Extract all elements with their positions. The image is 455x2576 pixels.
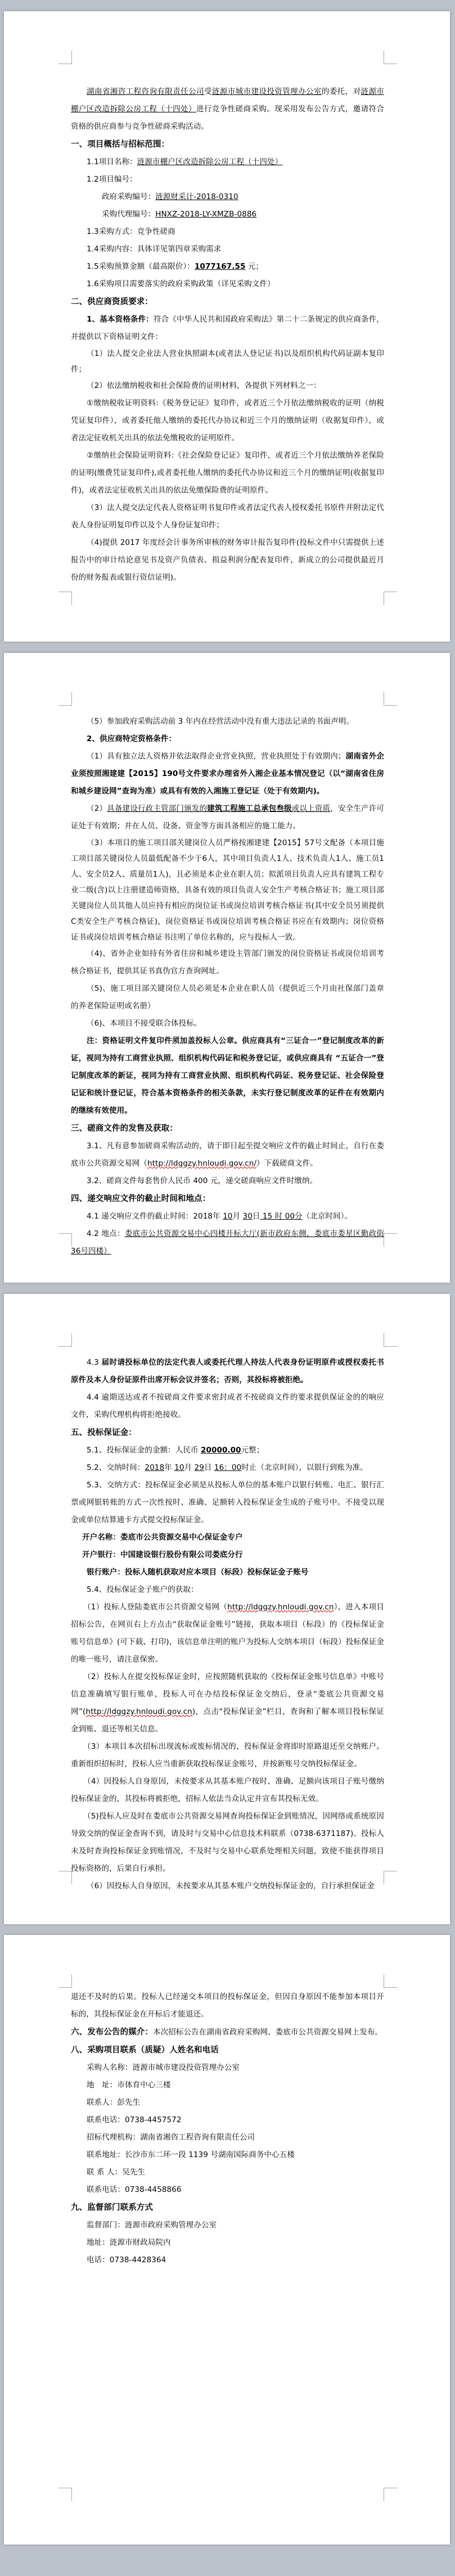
section-1-title: 一、项目概括与招标范围： [71,136,384,154]
deposit-amount-unit: 元整； [241,1446,264,1455]
section-6-text: 本次招标公告在湖南省政府采购网、娄底市公共资源交易网上发布。 [153,2028,382,2037]
deposit-month: 10 [174,1463,184,1472]
item-3-1-tail: ）下载磋商文件。 [256,1159,318,1168]
margin-mark-top-left [58,1974,72,1988]
item-5-1: 5.1、投标保证金的金额：人民币 20000.00元整； [71,1442,384,1459]
margin-mark-top-left [58,1333,72,1347]
item-4-3-text: 届时请投标单位的法定代表人或委托代理人持法人代表身份证明原件或授权委托书原件及本… [71,1358,384,1384]
section-4-title: 四、递交响应文件的截止时间和地点： [71,1190,384,1208]
item-3-1: 3.1、凡有意参加磋商采购活动的，请于即日起至提交响应文件的截止时间止，自行在娄… [71,1138,384,1172]
page-3-content: 4.3 届时请投标单位的法定代表人或委托代理人持法人代表身份证明原件或授权委托书… [71,1354,384,1895]
gov-no-label: 政府采购编号： [102,192,155,201]
supervision-line: 监督部门：涟源市政府采购管理办公室 [71,2217,384,2234]
contact-line: 联系电话：0738-4458866 [71,2181,384,2199]
basic-item-3: （3）法人提交法定代表人资格证明书复印件或者法定代表人授权委托书原件并附法定代表… [71,499,384,534]
margin-mark-top-right [384,51,397,64]
trading-site-link[interactable]: http://ldggzy.hnloudi.gov.cn/ [147,1159,256,1168]
special-item-1: （1）具有独立法人资格并依法取得企业营业执照，营业执照处于有效期内；湖南省外企业… [71,748,384,800]
deadline-timezone: （北京时间）。 [303,1212,352,1221]
contact-line: 招标代理机构：湖南省湘咨工程咨询有限责任公司 [71,2129,384,2146]
item-1-2: 1.2项目编号： [71,171,384,188]
special-item-2-underlined-2: 或以上资质 [292,804,330,813]
deadline-month-unit: 月 [233,1212,243,1221]
document-page-3: 4.3 届时请投标单位的法定代表人或委托代理人持法人代表身份证明原件或授权委托书… [4,1294,450,1924]
basic-item-5: （5）参加政府采购活动前 3 年内在经营活动中没有重大违法记录的书面声明。 [71,713,384,730]
basic-item-2b: ②缴纳社会保险证明资料:《社会保险登记证》复印件，或者近三个月依法缴纳养老保险的… [71,447,384,499]
item-5-4-3: （3）本项目本次招标出现流标或废标情况的，投标保证金将即时原路退还至交纳账户。重… [71,1738,384,1773]
section-6: 六、发布公告的媒介：本次招标公告在湖南省政府采购网、娄底市公共资源交易网上发布。 [71,2023,384,2041]
basic-item-4: （4)提供 2017 年度经会计事务所审核的财务审计报告复印件(投标文件中只需提… [71,534,384,587]
intro-text-1: 受 [204,87,212,96]
contact-line: 采购人名称：涟源市城市建设投资管理办公室 [71,2059,384,2077]
intro-paragraph: 湖南省湘咨工程咨询有限责任公司受涟源市城市建设投资管理办公室的委托，对涟源市棚户… [71,83,384,136]
deadline-time: 15 时 00分 [260,1212,303,1221]
margin-mark-bottom-right [384,2488,397,2501]
item-5-4: 5.4、投标保证金子账户的获取： [71,1581,384,1599]
section-5-title: 五、投标保证金： [71,1424,384,1442]
deposit-amount-label: 5.1、投标保证金的金额：人民币 [87,1446,201,1455]
account-number: 银行账户：投标人随机获取对应本项目（标段）投标保证金子账号 [71,1564,384,1581]
margin-mark-bottom-right [384,1233,397,1247]
basic-item-2: （2）依法缴纳税收和社会保险费的证明材料，各提供下列材料之一： [71,377,384,395]
special-item-2-underlined-1: 具备建设行政主管部门颁发的 [107,804,207,813]
gov-no-value: 涟源财采计-2018-0310 [155,192,238,201]
margin-mark-top-right [384,1333,397,1347]
contact-line: 联系人：彭先生 [71,2094,384,2112]
document-page-4: 退还不及时的后果。投标人已经递交本项目的投标保证金，但因自身原因不能参加本项目开… [4,1935,450,2545]
special-item-6: （6)、本项目不接受联合体投标。 [71,1015,384,1032]
item-5-4-1-tail: ），进入本项目招标公告，在网页右上方点击“获取保证金账号”链接，获取本项目（标段… [71,1603,384,1664]
budget-label: 1.5采购预算金额（最高限价）： [87,262,195,271]
item-1-3: 1.3采购方式：竞争性磋商 [71,223,384,241]
supervision-line: 地址：涟源市财政局院内 [71,2234,384,2252]
margin-mark-bottom-left [58,1233,72,1247]
budget-unit: 元； [248,262,263,271]
special-item-2-qualification-level: 建筑工程施工总承包叁级 [207,804,292,813]
deposit-day-unit: 日 [204,1463,214,1472]
margin-mark-top-right [384,1974,397,1988]
agency-name: 湖南省湘咨工程咨询有限责任公司 [87,87,204,96]
item-5-4-6-end: 退还不及时的后果。投标人已经递交本项目的投标保证金，但因自身原因不能参加本项目开… [71,1988,384,2023]
section-6-title: 六、发布公告的媒介： [71,2028,153,2037]
margin-mark-top-right [384,692,397,706]
item-5-4-1: （1）投标人登陆娄底市公共资源交易网（http://ldggzy.hnloudi… [71,1599,384,1668]
margin-mark-top-left [58,692,72,706]
deposit-day: 29 [195,1463,204,1472]
trading-site-link-2[interactable]: http://ldggzy.hnloudi.gov.cn [227,1603,334,1612]
special-item-4: （4)、省外企业如持有外省住房和城乡建设主管部门颁发的岗位资格证书或岗位培训考核… [71,945,384,980]
deposit-amount-value: 20000.00 [201,1446,241,1455]
margin-mark-bottom-right [384,592,397,605]
section-3-title: 三、磋商文件的发售及获取： [71,1120,384,1138]
document-page-2: （5）参加政府采购活动前 3 年内在经营活动中没有重大违法记录的书面声明。 2、… [4,653,450,1283]
account-bank: 开户银行：中国建设银行股份有限公司娄底分行 [71,1546,384,1564]
margin-mark-bottom-left [58,1871,72,1884]
contact-line: 联系电话：0738-4457572 [71,2112,384,2129]
deadline-day: 30 [243,1212,253,1221]
item-1-6: 1.6采购项目需要落实的政府采购政策（详见采购文件） [71,276,384,293]
page-1-content: 湖南省湘咨工程咨询有限责任公司受涟源市城市建设投资管理办公室的委托，对涟源市棚户… [71,83,384,587]
budget-value: 1077167.55 [195,262,246,271]
item-4-2: 4.2 地点：娄底市公共资源交易中心四楼开标大厅(新市政府东侧，娄底市娄星区勤政… [71,1225,384,1260]
item-4-3: 4.3 届时请投标单位的法定代表人或委托代理人持法人代表身份证明原件或授权委托书… [71,1354,384,1389]
margin-mark-bottom-left [58,2488,72,2501]
special-qualification-label: 2、供应商特定资格条件： [71,730,384,748]
agent-no-label: 采购代理编号： [102,210,155,219]
section-9-title: 九、监督部门联系方式 [71,2199,384,2217]
item-5-4-1-text: （1）投标人登陆娄底市公共资源交易网（ [83,1603,227,1612]
item-5-4-5: （5)投标人应及时在娄底市公共资源交易网查询投标保证金到账情况，因网络或系统原因… [71,1808,384,1878]
client-name: 涟源市城市建设投资管理办公室 [212,87,322,96]
item-1-5: 1.5采购预算金额（最高限价）：1077167.55 元； [71,258,384,276]
agent-no-value: HNXZ-2018-LY-XMZB-0886 [155,210,256,219]
item-5-3: 5.3、交纳方式：投标保证金必须是从投标人单位的基本账户以银行转账、电汇、银行汇… [71,1477,384,1529]
contact-line: 联 系 人：吴先生 [71,2164,384,2181]
document-page-1: 湖南省湘咨工程咨询有限责任公司受涟源市城市建设投资管理办公室的委托，对涟源市棚户… [4,11,450,642]
gov-procurement-no: 政府采购编号：涟源财采计-2018-0310 [71,188,384,206]
page-2-content: （5）参加政府采购活动前 3 年内在经营活动中没有重大违法记录的书面声明。 2、… [71,713,384,1260]
item-1-1-label: 1.1项目名称： [87,157,137,166]
basic-item-2a: ①缴纳税收证明资料:《税务登记证》复印件，或者近三个月依法缴纳税收的证明（纳税凭… [71,395,384,447]
deposit-month-unit: 月 [184,1463,195,1472]
agent-procurement-no: 采购代理编号：HNXZ-2018-LY-XMZB-0886 [71,206,384,223]
item-5-2: 5.2、交纳时间：2018年 10月 29日 16：00时止（北京时间），以银行… [71,1459,384,1477]
contact-line: 地 址：市体育中心三楼 [71,2077,384,2094]
deposit-time: 16：00 [214,1463,241,1472]
qualification-note: 注：资格证明文件复印件须加盖投标人公章。供应商具有“三证合一”登记制度改革的新证… [71,1032,384,1120]
contact-line: 联系地址：长沙市东二环一段 1139 号湖南国际商务中心五楼 [71,2146,384,2164]
deadline-day-unit: 日 [253,1212,260,1221]
deposit-year: 2018 [145,1463,164,1472]
item-5-4-6-start: （6）因投标人自身原因，未按要求从其基本账户交纳投标保证金的，自行承担保证金 [71,1878,384,1895]
special-item-2-num: （2） [87,804,107,813]
special-item-2: （2）具备建设行政主管部门颁发的建筑工程施工总承包叁级或以上资质，安全生产许可证… [71,800,384,835]
deposit-time-label: 5.2、交纳时间： [87,1463,145,1472]
item-5-4-2: （2）投标人在提交投标保证金时，应按照随机获取的《投标保证金账号信息单》中账号信… [71,1668,384,1738]
margin-mark-bottom-left [58,592,72,605]
margin-mark-bottom-right [384,1871,397,1884]
margin-mark-top-left [58,51,72,64]
item-4-1: 4.1 递交响应文件的截止时间：2018年 10月 30日 15 时 00分（北… [71,1208,384,1225]
basic-item-1: （1）法人提交企业法人营业执照副本(或者法人登记证书)以及组织机构代码证副本复印… [71,346,384,377]
item-5-4-4: （4）因投标人自身原因，未按要求从其基本账户按时、准确、足额向该项目子账号缴纳投… [71,1773,384,1808]
section-2-title: 二、供应商资质要求： [71,293,384,311]
basic-qualification-label: 1、基本资格条件： [87,315,154,324]
item-4-3-num: 4.3 [87,1358,102,1367]
item-1-4: 1.4采购内容：具体详见第四章采购需求 [71,241,384,258]
supervision-line: 电话：0738-4428364 [71,2252,384,2269]
item-1-1: 1.1项目名称：涟源市棚户区改造拆除公房工程（十四处） [71,154,384,171]
item-3-2: 3.2、磋商文件每套售价人民币 400 元，递交磋商响应文件时缴纳。 [71,1172,384,1190]
section-8-title: 八、采购项目联系（质疑）人姓名和电话 [71,2041,384,2059]
special-item-3: （3）本项目的施工项目部关键岗位人员严格按湘建建【2015】57号文配备（本项目… [71,835,384,945]
location-label: 4.2 地点： [87,1229,125,1238]
item-1-1-value: 涟源市棚户区改造拆除公房工程（十四处） [137,157,282,166]
deadline-month: 10 [223,1212,232,1221]
deposit-time-tail: 时止（北京时间），以银行到账为准。 [241,1463,367,1472]
trading-site-link-3[interactable]: http://ldggzy.hnloudi.gov.cn [85,1707,192,1716]
basic-qualification: 1、基本资格条件：符合《中华人民共和国政府采购法》第二十二条规定的供应商条件，并… [71,311,384,346]
deadline-label: 4.1 递交响应文件的截止时间：2018年 [87,1212,223,1221]
special-item-1-text: （1）具有独立法人资格并依法取得企业营业执照，营业执照处于有效期内； [87,752,346,761]
special-item-5: （5)、施工项目部关键岗位人员必须是本企业在职人员（提供近三个月由社保部门盖章的… [71,980,384,1015]
item-4-4: 4.4 逾期送达或者不按磋商文件要求密封或者不按磋商文件的要求提供保证金的的响应… [71,1389,384,1424]
account-name: 开户名称：娄底市公共资源交易中心保证金专户 [71,1529,384,1546]
page-4-content: 退还不及时的后果。投标人已经递交本项目的投标保证金，但因自身原因不能参加本项目开… [71,1988,384,2269]
deposit-year-unit: 年 [164,1463,174,1472]
intro-text-2: 的委托，对 [322,87,361,96]
